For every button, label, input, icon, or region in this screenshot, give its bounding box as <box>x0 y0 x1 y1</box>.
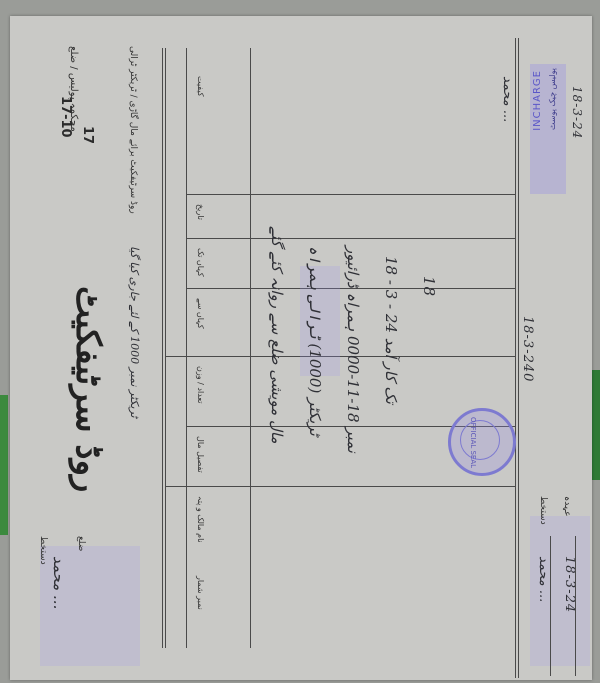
handwritten-line-5: 18 <box>420 276 438 297</box>
table-border-bottom-double <box>518 38 519 678</box>
written-date: 18-3-240 <box>520 316 535 382</box>
incharge-label: INCHARGE <box>532 70 543 131</box>
column-header-from: کہاں سے <box>196 298 205 329</box>
stamp-inner-ring <box>460 420 500 460</box>
route-line: روڈ سرٹیفکیٹ برائے مال گاڑی / ٹریکٹر ٹرا… <box>128 46 138 214</box>
form-number: 17 <box>80 126 95 144</box>
incharge-stamp: INCHARGE پولیس چیک پوسٹ <box>530 64 566 194</box>
column-header-remarks: کیفیت <box>196 76 205 97</box>
table-header-bottom <box>250 48 251 648</box>
document-page: 17-10 17 محکمہ پولیس / ضلع روڈ سرٹیفکیٹ … <box>10 16 592 680</box>
background-green-edge-right <box>592 370 600 480</box>
stamp-text: OFFICIAL SEAL <box>469 417 477 468</box>
bottom-signature: محمد ... <box>536 556 551 602</box>
column-header-serial: نمبر شمار <box>196 576 205 610</box>
handwritten-line-1: مال مویشی ضلع سے روانہ کئے گئے <box>268 226 286 444</box>
column-divider-4 <box>166 356 516 357</box>
column-divider-2 <box>186 238 516 239</box>
handwritten-line-4: 18 - 3 - 24 تک کار آمد <box>382 256 400 404</box>
round-official-stamp: OFFICIAL SEAL <box>448 408 516 476</box>
column-header-quantity: تعداد / وزن <box>196 366 205 403</box>
background-green-edge <box>0 395 8 535</box>
margin-signature-label: دستخط <box>38 536 48 565</box>
table-border-top-double <box>165 48 166 648</box>
incharge-date: 18-3-24 <box>570 86 584 139</box>
column-divider-6 <box>166 486 516 487</box>
bottom-signature-label: دستخط <box>538 496 548 525</box>
office-line: محکمہ پولیس / ضلع <box>68 46 79 132</box>
table-border-top <box>162 48 163 648</box>
bottom-designation-label: عہدہ <box>562 496 572 517</box>
column-header-goods: تفصیل مال <box>196 436 205 473</box>
vehicle-line: ٹریکٹر نمبر 1000 کے لئے جاری کیا گیا <box>128 246 141 418</box>
handwritten-line-3: نمبر 18-11-0000 ہمراہ ڈرائیور <box>344 246 362 453</box>
column-header-owner: نام مالک و پتہ <box>196 496 205 543</box>
column-divider-1 <box>186 194 516 195</box>
column-header-to: کہاں تک <box>196 248 205 277</box>
incharge-sub: پولیس چیک پوسٹ <box>548 68 557 130</box>
page-title: روڈ سرٹیفکیٹ <box>68 286 108 492</box>
incharge-signature: محمد ... <box>500 76 515 122</box>
table-border-bottom <box>515 38 516 678</box>
signature-line-1 <box>550 536 551 676</box>
column-header-date: تاریخ <box>196 204 205 220</box>
table-header-divider <box>186 48 187 648</box>
margin-signature: محمد ... <box>50 556 68 609</box>
handwritten-line-2: ٹریکٹر (1000) ٹرالی ہمراہ <box>306 246 324 436</box>
signature-line-2 <box>575 536 576 676</box>
margin-note: ضلع <box>76 536 86 551</box>
